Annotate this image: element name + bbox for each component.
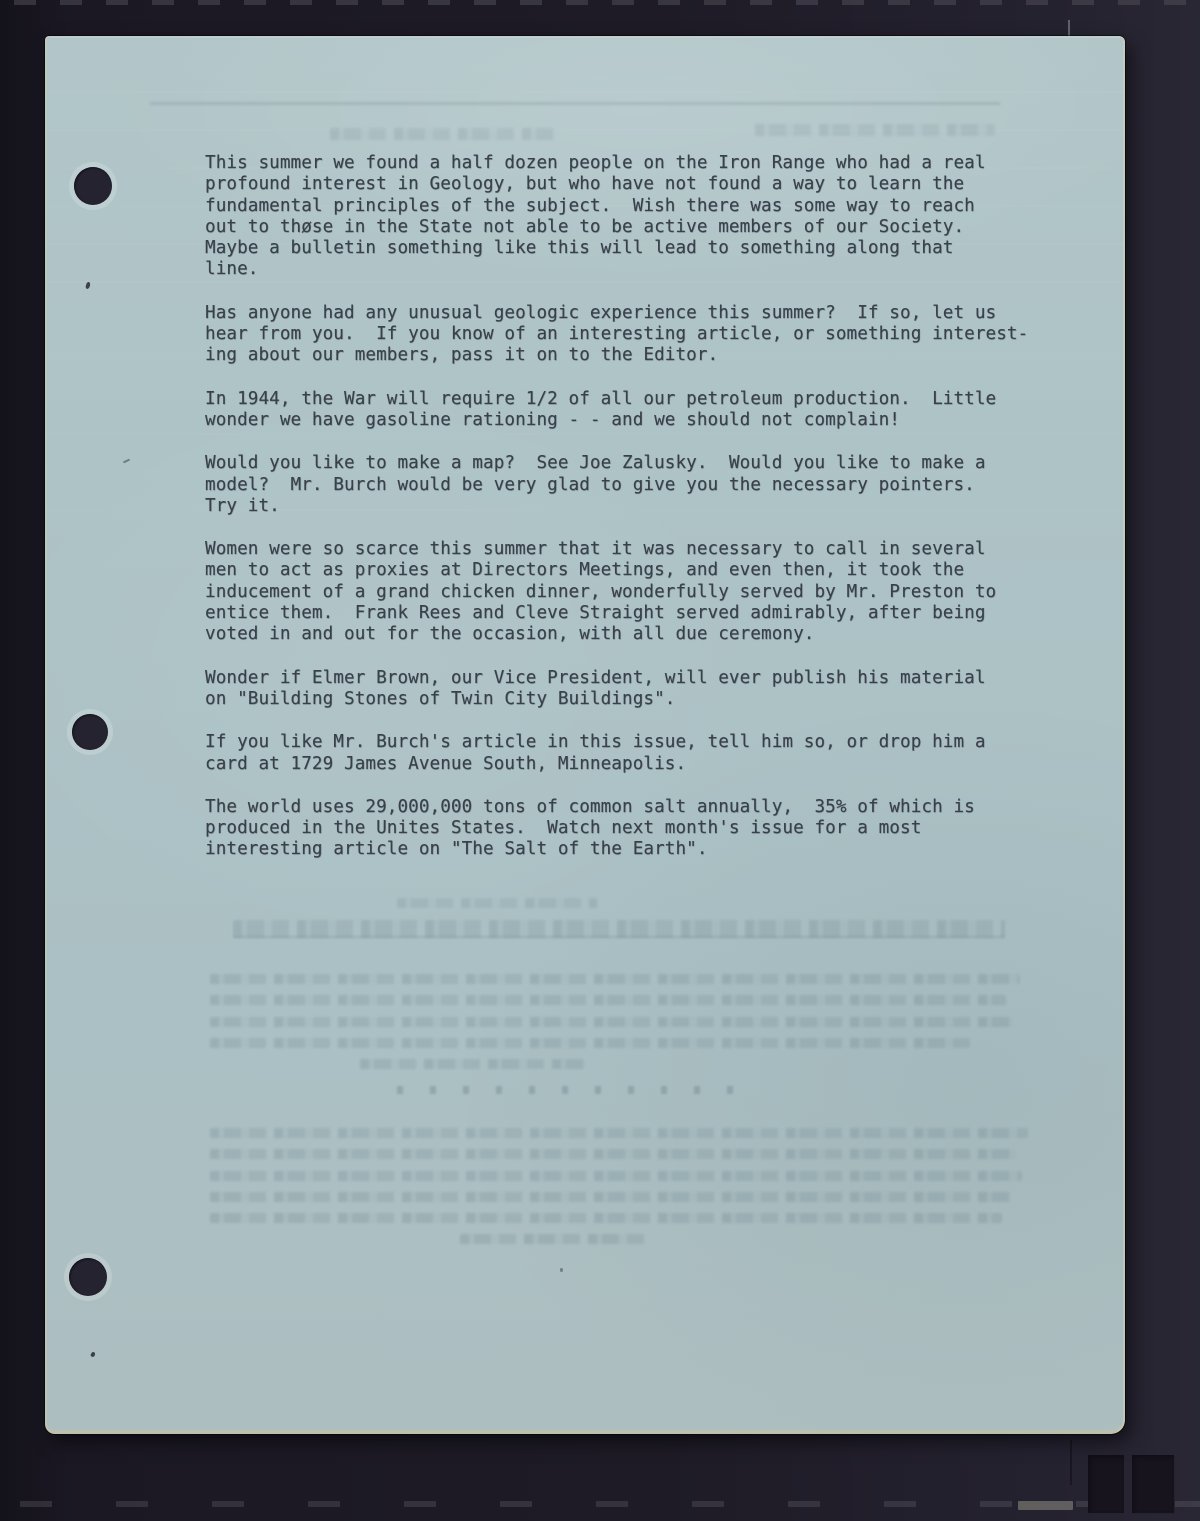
bleedthrough-paragraph <box>210 974 1040 1080</box>
typewritten-line: The world uses 29,000,000 tons of common… <box>205 797 1065 818</box>
typewritten-line: Women were so scarce this summer that it… <box>205 539 1065 560</box>
typewritten-line: produced in the Unites States. Watch nex… <box>205 818 1065 839</box>
paragraph: Wonder if Elmer Brown, our Vice Presiden… <box>205 668 1065 711</box>
typewritten-line: model? Mr. Burch would be very glad to g… <box>205 475 1065 496</box>
typewritten-line: In 1944, the War will require 1/2 of all… <box>205 389 1065 410</box>
bleedthrough-smudge <box>330 128 555 140</box>
typewritten-line: profound interest in Geology, but who ha… <box>205 174 1065 195</box>
scanner-shadow-line <box>1070 1440 1072 1485</box>
typewritten-line: fundamental principles of the subject. W… <box>205 196 1065 217</box>
typewritten-line: on "Building Stones of Twin City Buildin… <box>205 689 1065 710</box>
typewritten-line: Wonder if Elmer Brown, our Vice Presiden… <box>205 668 1065 689</box>
typewritten-line: men to act as proxies at Directors Meeti… <box>205 560 1065 581</box>
bleedthrough-underlined-heading <box>233 920 1005 938</box>
typewritten-line: hear from you. If you know of an interes… <box>205 324 1065 345</box>
paragraph: This summer we found a half dozen people… <box>205 153 1065 281</box>
paragraph: Has anyone had any unusual geologic expe… <box>205 303 1065 367</box>
typewritten-line: wonder we have gasoline rationing - - an… <box>205 410 1065 431</box>
paragraph: In 1944, the War will require 1/2 of all… <box>205 389 1065 432</box>
typewritten-line: This summer we found a half dozen people… <box>205 153 1065 174</box>
punch-hole <box>69 1258 107 1296</box>
ink-speck <box>85 282 91 290</box>
scanner-emboss-mark <box>1132 1455 1174 1513</box>
typewritten-line: out to thøse in the State not able to be… <box>205 217 1065 238</box>
typewritten-line: entice them. Frank Rees and Cleve Straig… <box>205 603 1065 624</box>
typewritten-line: ing about our members, pass it on to the… <box>205 345 1065 366</box>
typewritten-line: inducement of a grand chicken dinner, wo… <box>205 582 1065 603</box>
bleedthrough-asterisk-row <box>397 1086 747 1094</box>
typewritten-line: card at 1729 James Avenue South, Minneap… <box>205 754 1065 775</box>
ink-speck <box>90 1351 96 1357</box>
bleedthrough-heading <box>397 898 597 908</box>
typewritten-line: If you like Mr. Burch's article in this … <box>205 732 1065 753</box>
ink-speck <box>123 459 130 464</box>
ink-speck <box>560 1268 563 1272</box>
text-block: This summer we found a half dozen people… <box>205 153 1065 883</box>
scanner-edge-dashes-top <box>0 0 1200 5</box>
paragraph: Would you like to make a map? See Joe Za… <box>205 453 1065 517</box>
typewritten-line: voted in and out for the occasion, with … <box>205 624 1065 645</box>
punch-hole <box>74 167 112 205</box>
bleedthrough-paragraph <box>210 1128 1050 1256</box>
paragraph: Women were so scarce this summer that it… <box>205 539 1065 645</box>
typewritten-line: Has anyone had any unusual geologic expe… <box>205 303 1065 324</box>
document-page: This summer we found a half dozen people… <box>45 36 1125 1434</box>
punch-hole <box>72 714 108 750</box>
typewritten-line: line. <box>205 259 1065 280</box>
bleedthrough-streak <box>150 102 1000 105</box>
paragraph: The world uses 29,000,000 tons of common… <box>205 797 1065 861</box>
typewritten-line: Maybe a bulletin something like this wil… <box>205 238 1065 259</box>
scanner-label-strip <box>1018 1501 1073 1510</box>
typewritten-line: Would you like to make a map? See Joe Za… <box>205 453 1065 474</box>
typewritten-line: interesting article on "The Salt of the … <box>205 839 1065 860</box>
paragraph: If you like Mr. Burch's article in this … <box>205 732 1065 775</box>
bleedthrough-smudge <box>755 124 995 136</box>
scanner-emboss-mark <box>1088 1455 1124 1513</box>
typewritten-line: Try it. <box>205 496 1065 517</box>
